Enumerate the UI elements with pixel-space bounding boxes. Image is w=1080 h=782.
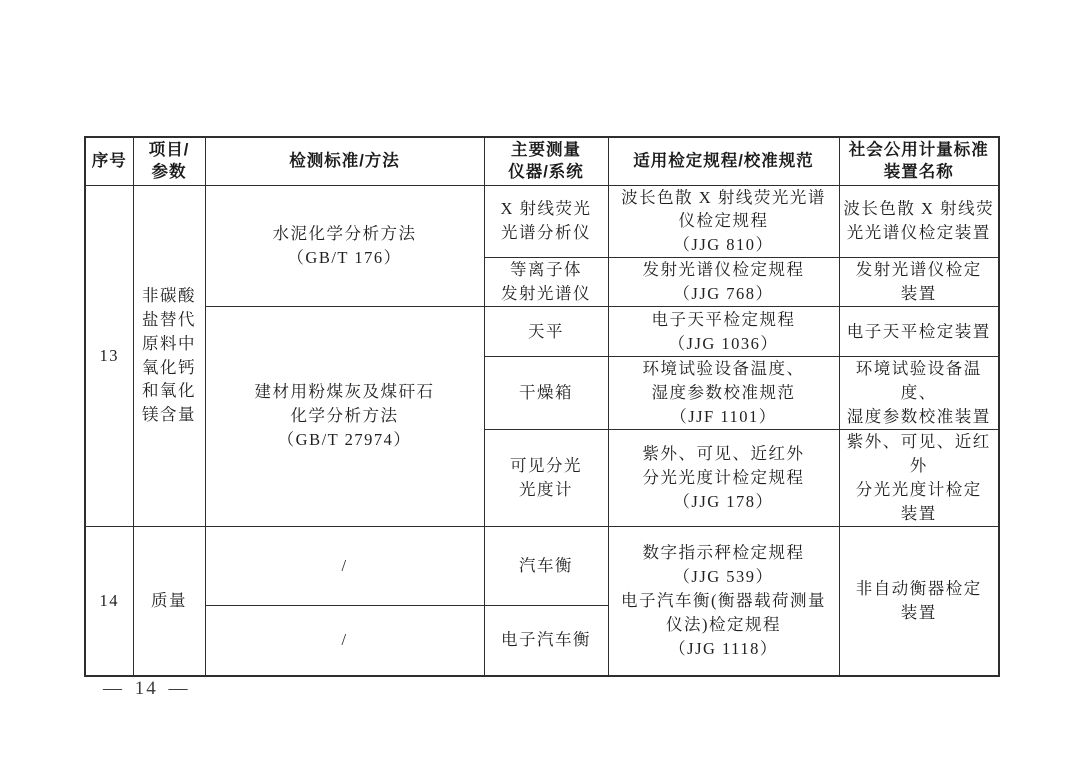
cell-instrument-electronic-truck-scale: 电子汽车衡 <box>484 605 608 676</box>
cell-device-plasma: 发射光谱仪检定 装置 <box>839 258 999 307</box>
cell-method-13-1: 水泥化学分析方法 （GB/T 176） <box>205 185 484 307</box>
table-row: 13 非碳酸 盐替代 原料中 氧化钙 和氧化 镁含量 水泥化学分析方法 （GB/… <box>85 185 999 258</box>
cell-regulation-spectrophotometer: 紫外、可见、近红外 分光光度计检定规程 （JJG 178） <box>608 429 839 526</box>
cell-regulation-xrf: 波长色散 X 射线荧光光谱 仪检定规程 （JJG 810） <box>608 185 839 258</box>
measurement-standards-table: 序号 项目/ 参数 检测标准/方法 主要测量 仪器/系统 适用检定规程/校准规范… <box>84 136 1000 677</box>
cell-device-balance: 电子天平检定装置 <box>839 307 999 357</box>
cell-instrument-plasma: 等离子体 发射光谱仪 <box>484 258 608 307</box>
cell-instrument-truck-scale: 汽车衡 <box>484 526 608 605</box>
cell-param-13: 非碳酸 盐替代 原料中 氧化钙 和氧化 镁含量 <box>133 185 205 526</box>
cell-device-spectrophotometer: 紫外、可见、近红外 分光光度计检定 装置 <box>839 429 999 526</box>
cell-device-oven: 环境试验设备温度、 湿度参数校准装置 <box>839 357 999 430</box>
table-header-row: 序号 项目/ 参数 检测标准/方法 主要测量 仪器/系统 适用检定规程/校准规范… <box>85 137 999 185</box>
cell-regulation-oven: 环境试验设备温度、 湿度参数校准规范 （JJF 1101） <box>608 357 839 430</box>
cell-method-13-2: 建材用粉煤灰及煤矸石 化学分析方法 （GB/T 27974） <box>205 307 484 526</box>
cell-regulation-plasma: 发射光谱仪检定规程 （JJG 768） <box>608 258 839 307</box>
cell-regulation-weighing: 数字指示秤检定规程 （JJG 539） 电子汽车衡(衡器载荷测量 仪法)检定规程… <box>608 526 839 676</box>
cell-instrument-oven: 干燥箱 <box>484 357 608 430</box>
table-row: 建材用粉煤灰及煤矸石 化学分析方法 （GB/T 27974） 天平 电子天平检定… <box>85 307 999 357</box>
cell-param-14: 质量 <box>133 526 205 676</box>
table-row: 14 质量 / 汽车衡 数字指示秤检定规程 （JJG 539） 电子汽车衡(衡器… <box>85 526 999 605</box>
cell-device-weighing: 非自动衡器检定 装置 <box>839 526 999 676</box>
cell-regulation-balance: 电子天平检定规程 （JJG 1036） <box>608 307 839 357</box>
cell-instrument-xrf: X 射线荧光 光谱分析仪 <box>484 185 608 258</box>
cell-instrument-balance: 天平 <box>484 307 608 357</box>
page-number: — 14 — <box>103 678 190 700</box>
cell-method-14-1: / <box>205 526 484 605</box>
document-page: 序号 项目/ 参数 检测标准/方法 主要测量 仪器/系统 适用检定规程/校准规范… <box>0 0 1080 782</box>
cell-seq-13: 13 <box>85 185 133 526</box>
col-header-seq: 序号 <box>85 137 133 185</box>
col-header-param: 项目/ 参数 <box>133 137 205 185</box>
col-header-instrument: 主要测量 仪器/系统 <box>484 137 608 185</box>
col-header-device: 社会公用计量标准 装置名称 <box>839 137 999 185</box>
cell-instrument-spectrophotometer: 可见分光 光度计 <box>484 429 608 526</box>
cell-device-xrf: 波长色散 X 射线荧 光光谱仪检定装置 <box>839 185 999 258</box>
col-header-method: 检测标准/方法 <box>205 137 484 185</box>
cell-method-14-2: / <box>205 605 484 676</box>
cell-seq-14: 14 <box>85 526 133 676</box>
col-header-regulation: 适用检定规程/校准规范 <box>608 137 839 185</box>
